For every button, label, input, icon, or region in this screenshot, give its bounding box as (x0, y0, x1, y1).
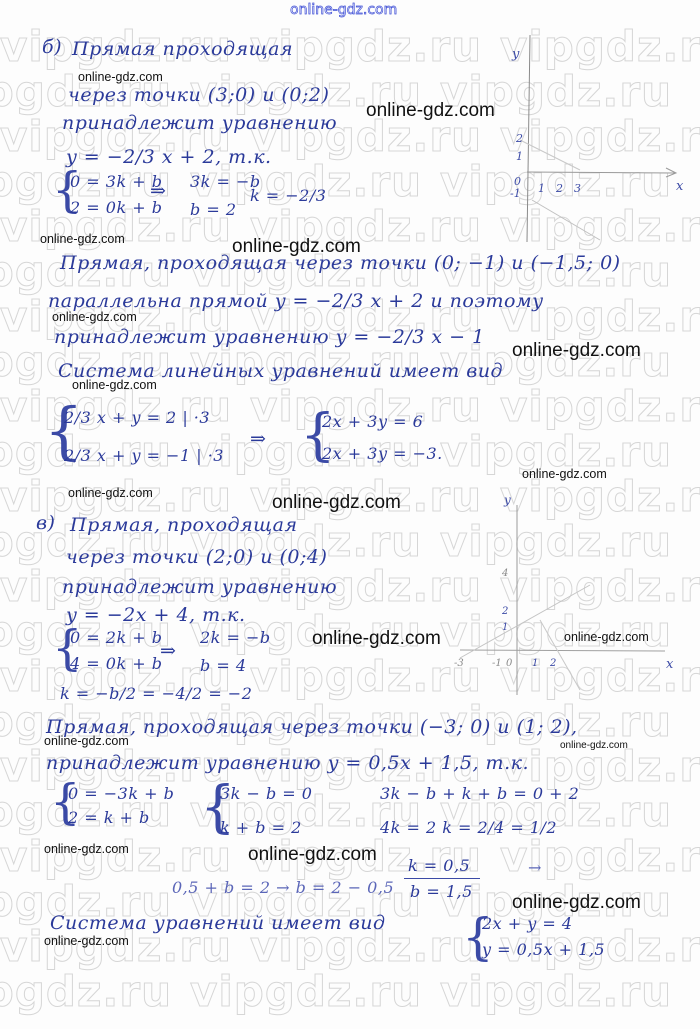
svg-text:1: 1 (538, 182, 545, 195)
stamp-watermark: online-gdz.com (312, 628, 441, 650)
graph-part-b: y x 1 2 3 2 1 0 -1 (480, 30, 700, 250)
stamp-watermark: online-gdz.com (522, 467, 607, 481)
stamp-watermark: online-gdz.com (52, 310, 137, 324)
svg-text:-1: -1 (510, 187, 521, 200)
implies-arrow: ⇒ (160, 640, 176, 662)
svg-text:-3: -3 (454, 658, 464, 669)
stamp-watermark: online-gdz.com (272, 492, 401, 514)
part-v-final-sys-2: y = 0,5x + 1,5 (482, 940, 605, 959)
arrow: → (528, 858, 542, 877)
part-b-label: б) (42, 36, 62, 58)
stamp-watermark: online-gdz.com (44, 934, 129, 948)
part-v-line-4: y = −2x + 4, т.к. (66, 604, 246, 626)
part-b-final-left-2: 2/3 x + y = −1 | ·3 (64, 446, 224, 465)
part-b-line-2: через точки (3;0) и (0;2) (68, 84, 329, 106)
part-v-line-3: принадлежит уравнению (62, 576, 337, 598)
stamp-watermark: online-gdz.com (232, 236, 361, 258)
part-v-para-2: принадлежит уравнению y = 0,5x + 1,5, т.… (46, 752, 529, 774)
part-v-sys-right-1: 2k = −b (200, 628, 271, 647)
svg-text:-1: -1 (492, 658, 502, 669)
implies-arrow: ⇒ (150, 180, 166, 202)
x-axis-label: x (676, 179, 684, 194)
svg-text:1: 1 (516, 150, 523, 163)
part-v-line-2: через точки (2;0) и (0;4) (66, 546, 327, 568)
part-v-calc-1: 3k − b + k + b = 0 + 2 (380, 784, 579, 803)
graph-part-v: y x -3 -1 0 1 2 4 2 1 (440, 490, 700, 720)
implies-arrow: ⇒ (250, 428, 266, 450)
x-axis-label: x (666, 657, 674, 672)
watermark-text: vipgdz.ru (0, 832, 232, 881)
stamp-watermark: online-gdz.com (44, 842, 129, 856)
svg-text:2: 2 (549, 658, 556, 669)
y-axis-label: y (503, 493, 511, 507)
stamp-watermark: online-gdz.com (366, 100, 495, 122)
svg-text:4: 4 (501, 568, 508, 579)
svg-text:2: 2 (555, 182, 563, 195)
watermark-text: vipgdz.ru (190, 967, 422, 1016)
stamp-watermark: online-gdz.com (512, 340, 641, 362)
stamp-watermark: online-gdz.com (560, 740, 628, 751)
svg-text:2: 2 (515, 132, 523, 145)
watermark-text: vipgdz.ru (0, 967, 172, 1016)
part-v-calc-2: 4k = 2 k = 2/4 = 1/2 (380, 818, 557, 837)
part-b-line-3: принадлежит уравнению (62, 112, 337, 134)
watermark-text: vipgdz.ru (500, 382, 700, 431)
part-b-line-4: y = −2/3 x + 2, т.к. (66, 146, 272, 168)
part-v-label: в) (36, 512, 55, 534)
part-b-para-2: параллельна прямой y = −2/3 x + 2 и поэт… (48, 290, 544, 312)
part-v-sys2-mid-1: 3k − b = 0 (220, 784, 312, 803)
part-v-sys-left-2: 4 = 0k + b (70, 654, 162, 673)
part-b-line-1: Прямая проходящая (72, 38, 293, 60)
part-b-sys-right-2: b = 2 (190, 200, 237, 219)
part-b-final-left-1: 2/3 x + y = 2 | ·3 (64, 408, 210, 427)
part-b-final-right-1: 2x + 3y = 6 (322, 412, 423, 431)
part-v-b-line: 0,5 + b = 2 → b = 2 − 0,5 (172, 878, 394, 897)
part-b-sys-left-2: 2 = 0k + b (70, 198, 162, 217)
stamp-watermark: online-gdz.com (564, 630, 649, 644)
stamp-watermark: online-gdz.com (40, 232, 125, 246)
site-link[interactable]: online-gdz.com (290, 2, 397, 18)
part-v-sys2-mid-2: k + b = 2 (220, 818, 302, 837)
stamp-watermark: online-gdz.com (512, 892, 641, 914)
stamp-watermark: online-gdz.com (78, 70, 163, 84)
part-v-sys2-left-2: 2 = k + b (68, 808, 150, 827)
part-v-sys2-left-1: 0 = −3k + b (68, 784, 174, 803)
homework-page: vipgdz.ruvipgdz.ruvipgdz.ruvipgdz.ruvipg… (0, 0, 700, 1029)
divider-line (404, 878, 480, 879)
stamp-watermark: online-gdz.com (72, 378, 157, 392)
svg-text:2: 2 (501, 606, 508, 617)
svg-text:0: 0 (506, 658, 513, 669)
watermark-text: vipgdz.ru (440, 967, 672, 1016)
part-v-line-1: Прямая, проходящая (70, 514, 298, 536)
part-v-result-b: b = 1,5 (410, 882, 473, 901)
part-v-sys-left-1: 0 = 2k + b (70, 628, 162, 647)
y-axis-label: y (511, 47, 520, 62)
part-v-final-text: Система уравнений имеет вид (50, 912, 386, 934)
stamp-watermark: online-gdz.com (68, 486, 153, 500)
svg-text:1: 1 (532, 658, 538, 669)
svg-text:3: 3 (574, 182, 581, 195)
part-v-sys-right-2: b = 4 (200, 656, 247, 675)
part-v-k-line: k = −b/2 = −4/2 = −2 (60, 684, 252, 703)
stamp-watermark: online-gdz.com (44, 734, 129, 748)
svg-text:1: 1 (502, 622, 508, 633)
part-v-final-sys-1: 2x + y = 4 (482, 914, 573, 933)
part-b-k-result: k = −2/3 (250, 186, 326, 205)
part-b-sys-left-1: 0 = 3k + b (70, 172, 162, 191)
part-v-result-k: k = 0,5 (408, 856, 470, 875)
stamp-watermark: online-gdz.com (248, 844, 377, 866)
part-b-final-right-2: 2x + 3y = −3. (322, 444, 443, 463)
part-b-para-3: принадлежит уравнению y = −2/3 x − 1 (54, 326, 485, 348)
